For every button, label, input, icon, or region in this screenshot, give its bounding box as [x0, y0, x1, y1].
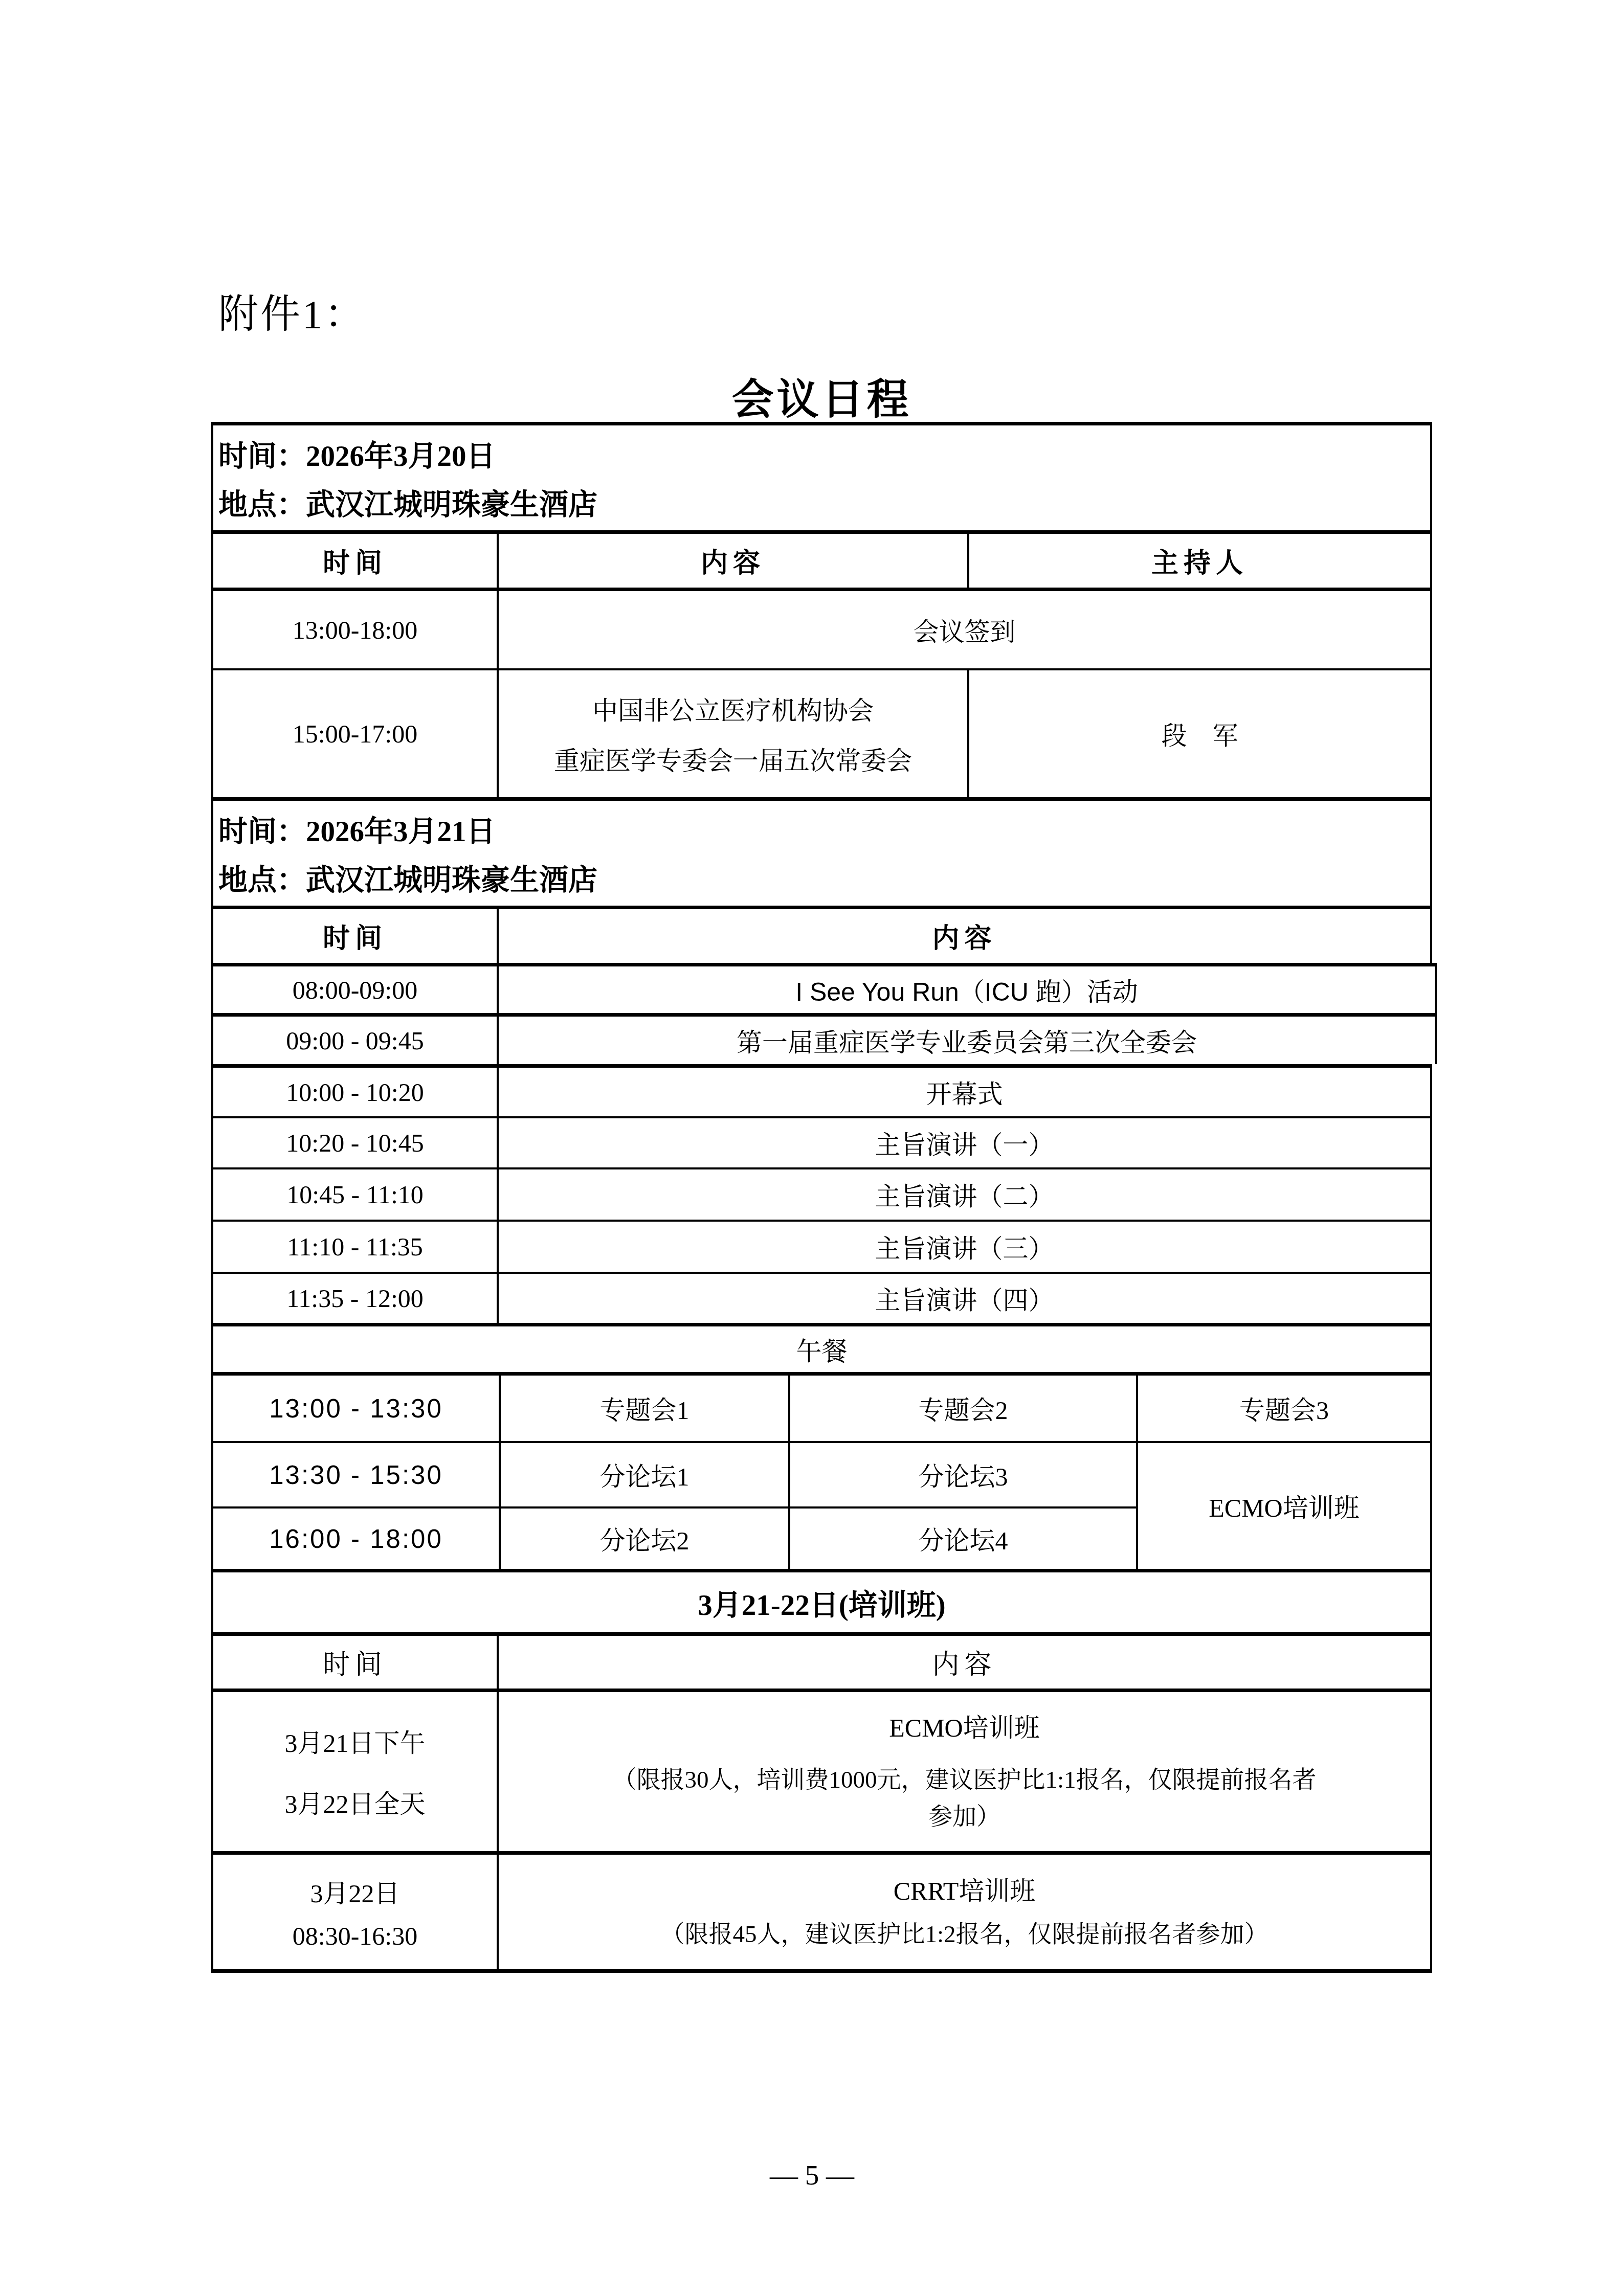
parallel-r2-time: 13:30 - 15:30 [213, 1441, 499, 1506]
day2-opening-content-text: 开幕式 [926, 1074, 1003, 1111]
day1-header-host: 主持人 [969, 534, 1430, 588]
day2-date: 时间：2026年3月21日 [218, 808, 496, 850]
parallel-r1-c2: 专题会2 [788, 1376, 1136, 1441]
parallel-r3-time: 16:00 - 18:00 [213, 1506, 499, 1569]
ecmo-training-row: 3月21日下午 3月22日全天 ECMO培训班 （限报30人，培训费1000元，… [211, 1689, 1432, 1851]
parallel-r3-c2-text: 分论坛4 [919, 1520, 1008, 1557]
day2-row-keynote1: 10:20 - 10:45 主旨演讲（一） [211, 1116, 1432, 1167]
day1-signin-time: 13:00-18:00 [213, 591, 499, 668]
day2-header-row: 时间 内容 [211, 906, 1432, 963]
crrt-content-cell: CRRT培训班 （限报45人，建议医护比1:2报名，仅限提前报名者参加） [499, 1855, 1430, 1969]
day1-committee-line1: 中国非公立医疗机构协会 [592, 690, 874, 727]
training-header-time-label: 时间 [323, 1643, 387, 1682]
day2-keynote1-content: 主旨演讲（一） [499, 1118, 1430, 1167]
crrt-training-row: 3月22日 08:30-16:30 CRRT培训班 （限报45人，建议医护比1:… [211, 1851, 1432, 1973]
page-title: 会议日程 [211, 366, 1432, 426]
day2-keynote2-content-text: 主旨演讲（二） [875, 1176, 1054, 1213]
day2-row-keynote3: 11:10 - 11:35 主旨演讲（三） [211, 1220, 1432, 1272]
day2-keynote3-time-text: 11:10 - 11:35 [287, 1232, 423, 1262]
ecmo-time-line1: 3月21日下午 [285, 1723, 426, 1760]
day2-plenary-content: 第一届重症医学专业委员会第三次全委会 [499, 1017, 1435, 1064]
day1-header-time-label: 时间 [323, 542, 387, 580]
day2-keynote2-time-text: 10:45 - 11:10 [286, 1180, 424, 1209]
day2-keynote1-time: 10:20 - 10:45 [213, 1118, 499, 1167]
ecmo-content-cell: ECMO培训班 （限报30人，培训费1000元，建议医护比1:1报名，仅限提前报… [499, 1692, 1430, 1851]
day2-row-opening: 10:00 - 10:20 开幕式 [211, 1064, 1432, 1116]
day2-keynote1-content-text: 主旨演讲（一） [875, 1124, 1054, 1161]
day2-plenary-content-text: 第一届重症医学专业委员会第三次全委会 [737, 1022, 1197, 1059]
day2-venue: 地点：武汉江城明珠豪生酒店 [218, 857, 597, 898]
parallel-r2-time-text: 13:30 - 15:30 [269, 1460, 443, 1490]
day2-keynote3-time: 11:10 - 11:35 [213, 1222, 499, 1272]
crrt-title-text: CRRT培训班 [894, 1871, 1036, 1907]
day2-keynote4-time: 11:35 - 12:00 [213, 1274, 499, 1323]
parallel-ecmo-text: ECMO培训班 [1209, 1488, 1359, 1524]
day2-plenary-time: 09:00 - 09:45 [213, 1017, 499, 1064]
ecmo-time-cell: 3月21日下午 3月22日全天 [213, 1692, 499, 1851]
day2-row-keynote4: 11:35 - 12:00 主旨演讲（四） [211, 1272, 1432, 1323]
day1-signin-row: 13:00-18:00 会议签到 [211, 588, 1432, 668]
attachment-label: 附件1： [218, 282, 366, 340]
page-number: — 5 — [0, 2159, 1624, 2191]
day1-committee-time-text: 15:00-17:00 [293, 719, 417, 749]
day1-committee-content: 中国非公立医疗机构协会 重症医学专委会一届五次常委会 [499, 670, 969, 797]
lunch-cell: 午餐 [213, 1326, 1430, 1372]
training-band-row: 3月21-22日(培训班) [211, 1569, 1432, 1632]
crrt-time-line2: 08:30-16:30 [293, 1921, 417, 1951]
day2-keynote1-time-text: 10:20 - 10:45 [286, 1128, 424, 1158]
parallel-r2-c2-text: 分论坛3 [919, 1456, 1008, 1493]
lunch-text: 午餐 [796, 1331, 848, 1368]
parallel-r3-c2: 分论坛4 [788, 1506, 1136, 1569]
parallel-r1-c2-text: 专题会2 [919, 1390, 1008, 1427]
ecmo-note-line2: 参加） [928, 1804, 1000, 1830]
day2-opening-time-text: 10:00 - 10:20 [286, 1077, 424, 1107]
day2-row-keynote2: 10:45 - 11:10 主旨演讲（二） [211, 1167, 1432, 1220]
day2-keynote4-time-text: 11:35 - 12:00 [286, 1284, 424, 1313]
day1-committee-time: 15:00-17:00 [213, 670, 499, 797]
parallel-r3-c1-text: 分论坛2 [600, 1520, 689, 1557]
parallel-r2-c2: 分论坛3 [788, 1441, 1136, 1506]
day1-signin-content: 会议签到 [499, 591, 1430, 668]
day2-icu-content-text: I See You Run（ICU 跑）活动 [795, 972, 1138, 1008]
training-band-cell: 3月21-22日(培训班) [213, 1572, 1430, 1632]
day2-keynote3-content: 主旨演讲（三） [499, 1222, 1430, 1272]
day2-header-time: 时间 [213, 909, 499, 963]
lunch-row: 午餐 [211, 1323, 1432, 1372]
day1-header-content: 内容 [499, 534, 969, 588]
day1-header-row: 时间 内容 主持人 [211, 530, 1432, 588]
day1-date: 时间：2026年3月20日 [218, 433, 496, 475]
day2-icu-content: I See You Run（ICU 跑）活动 [499, 966, 1435, 1013]
crrt-note-text: （限报45人，建议医护比1:2报名，仅限提前报名者参加） [660, 1916, 1268, 1953]
parallel-r1-c1: 专题会1 [499, 1376, 788, 1441]
day1-committee-line2: 重症医学专委会一届五次常委会 [554, 740, 912, 777]
day1-info-cell: 时间：2026年3月20日 地点：武汉江城明珠豪生酒店 [213, 425, 1430, 530]
parallel-r1-time: 13:00 - 13:30 [213, 1376, 499, 1441]
training-header-row: 时间 内容 [211, 1632, 1432, 1689]
day1-committee-row: 15:00-17:00 中国非公立医疗机构协会 重症医学专委会一届五次常委会 段… [211, 668, 1432, 797]
day1-venue: 地点：武汉江城明珠豪生酒店 [218, 481, 597, 523]
day2-icu-time: 08:00-09:00 [213, 966, 499, 1013]
day1-committee-host-text: 段 军 [1162, 715, 1238, 752]
ecmo-note-line1: （限报30人，培训费1000元，建议医护比1:1报名，仅限提前报名者 [612, 1767, 1316, 1793]
training-band-text: 3月21-22日(培训班) [698, 1582, 945, 1624]
agenda-table: 时间：2026年3月20日 地点：武汉江城明珠豪生酒店 时间 内容 主持人 13… [211, 422, 1432, 1973]
day2-info-row: 时间：2026年3月21日 地点：武汉江城明珠豪生酒店 [211, 797, 1432, 906]
day1-header-time: 时间 [213, 534, 499, 588]
day2-keynote3-content-text: 主旨演讲（三） [875, 1228, 1054, 1265]
training-header-content: 内容 [499, 1636, 1430, 1689]
day1-committee-host: 段 军 [969, 670, 1430, 797]
parallel-r1-time-text: 13:00 - 13:30 [269, 1393, 443, 1424]
day2-icu-time-text: 08:00-09:00 [293, 975, 417, 1005]
day2-row-icu-run: 08:00-09:00 I See You Run（ICU 跑）活动 [211, 963, 1437, 1013]
day1-signin-content-text: 会议签到 [914, 612, 1016, 648]
day2-header-content-label: 内容 [932, 917, 997, 956]
parallel-r1-c3-text: 专题会3 [1239, 1390, 1329, 1427]
day2-keynote2-time: 10:45 - 11:10 [213, 1169, 499, 1220]
parallel-r1-c3: 专题会3 [1136, 1376, 1430, 1441]
training-header-time: 时间 [213, 1636, 499, 1689]
day2-plenary-time-text: 09:00 - 09:45 [286, 1026, 424, 1055]
day2-opening-content: 开幕式 [499, 1068, 1430, 1116]
parallel-r2-c1: 分论坛1 [499, 1441, 788, 1506]
day2-keynote4-content-text: 主旨演讲（四） [875, 1280, 1054, 1317]
day2-header-time-label: 时间 [323, 917, 387, 956]
parallel-r2-c1-text: 分论坛1 [600, 1456, 689, 1493]
crrt-time-cell: 3月22日 08:30-16:30 [213, 1855, 499, 1969]
training-header-content-label: 内容 [932, 1643, 997, 1682]
day1-signin-time-text: 13:00-18:00 [293, 615, 417, 645]
day2-header-content: 内容 [499, 909, 1430, 963]
day2-row-plenary: 09:00 - 09:45 第一届重症医学专业委员会第三次全委会 [211, 1013, 1437, 1064]
parallel-sessions-grid: 13:00 - 13:30 专题会1 专题会2 专题会3 13:30 - 15:… [211, 1372, 1432, 1569]
day2-keynote2-content: 主旨演讲（二） [499, 1169, 1430, 1220]
day1-header-host-label: 主持人 [1151, 542, 1248, 580]
day1-header-content-label: 内容 [701, 542, 765, 580]
day2-opening-time: 10:00 - 10:20 [213, 1068, 499, 1116]
ecmo-time-line2: 3月22日全天 [285, 1784, 426, 1820]
crrt-time-line1: 3月22日 [310, 1873, 400, 1910]
parallel-r1-c1-text: 专题会1 [600, 1390, 689, 1427]
parallel-r3-time-text: 16:00 - 18:00 [269, 1524, 443, 1554]
parallel-r3-c1: 分论坛2 [499, 1506, 788, 1569]
ecmo-title-text: ECMO培训班 [889, 1707, 1039, 1744]
day2-keynote4-content: 主旨演讲（四） [499, 1274, 1430, 1323]
day2-info-cell: 时间：2026年3月21日 地点：武汉江城明珠豪生酒店 [213, 801, 1430, 906]
parallel-ecmo-merged-cell: ECMO培训班 [1136, 1441, 1430, 1569]
day1-info-row: 时间：2026年3月20日 地点：武汉江城明珠豪生酒店 [211, 422, 1432, 530]
